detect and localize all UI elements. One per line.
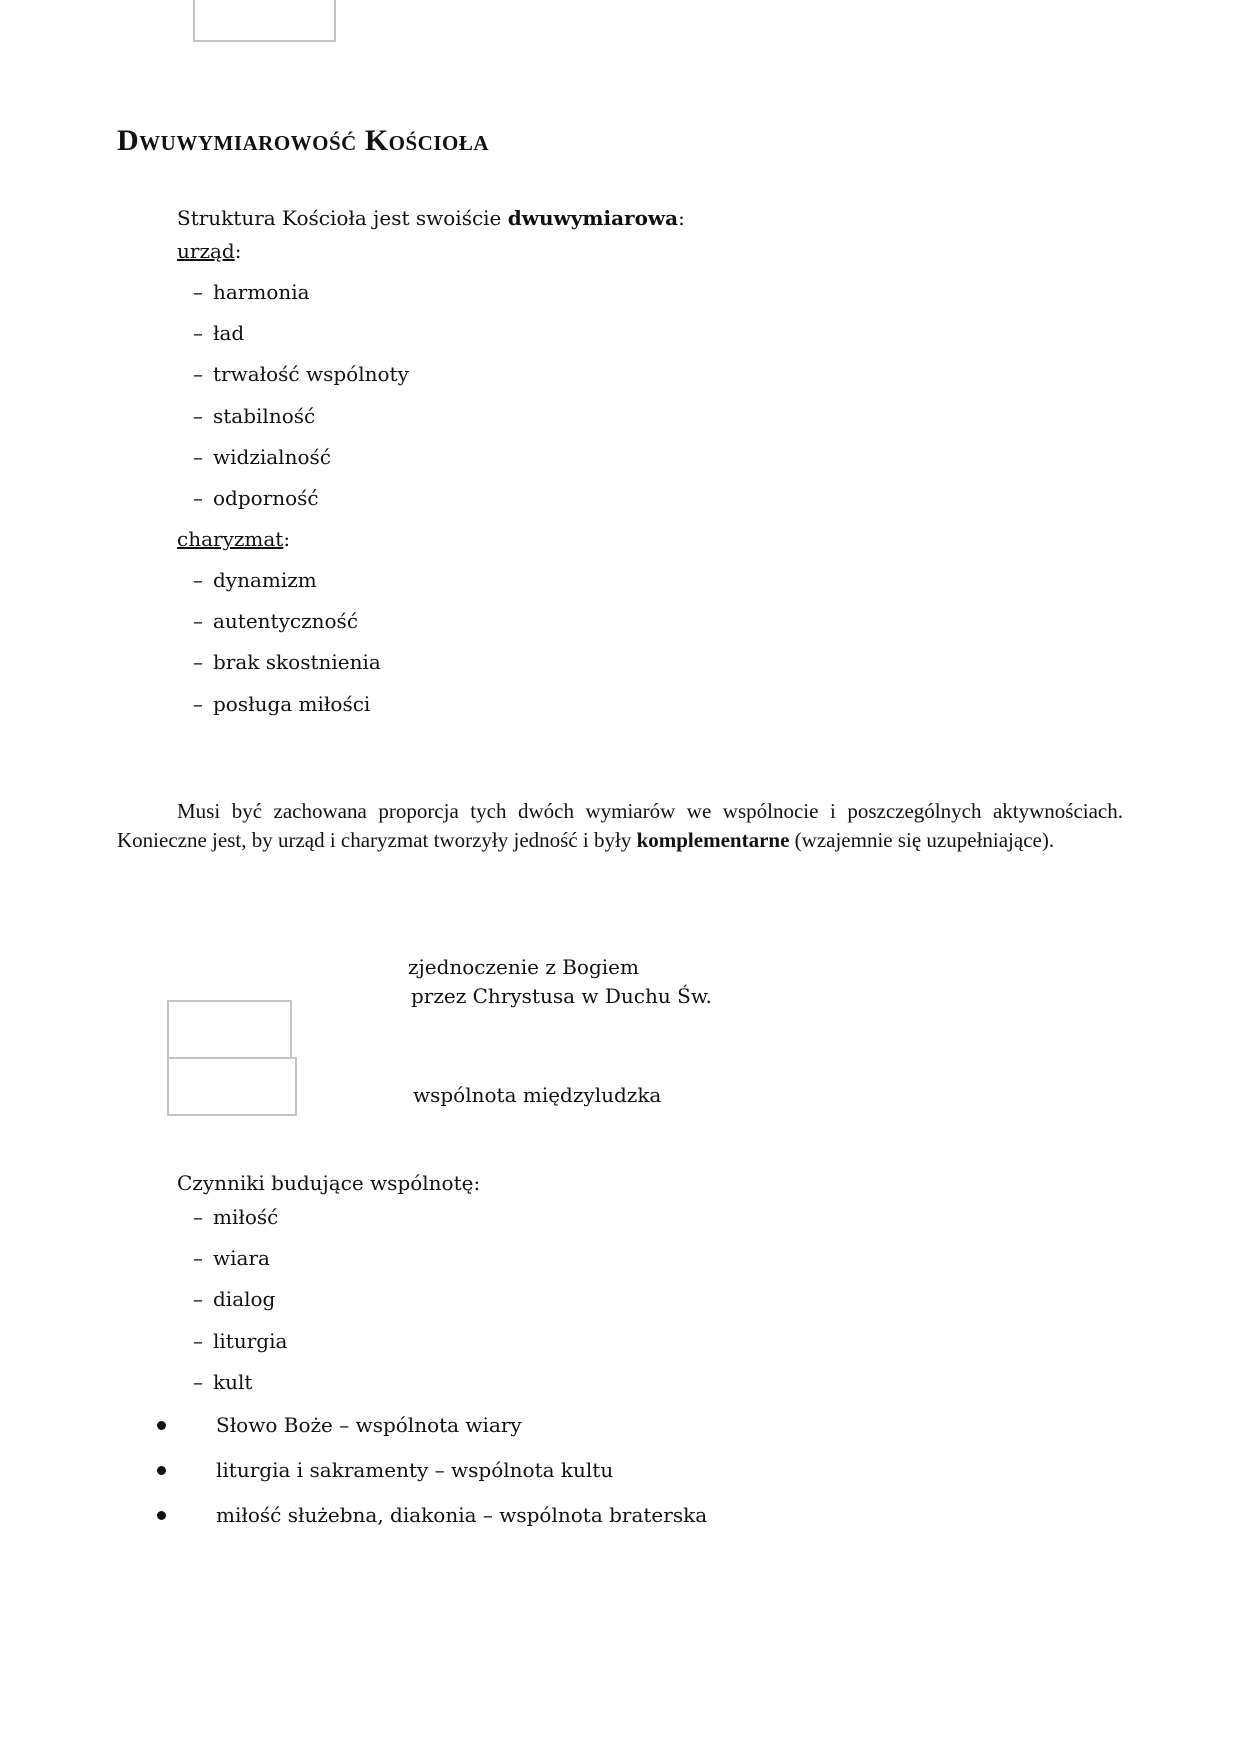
dash-icon: –	[193, 650, 213, 674]
section-heading-charyzmat: charyzmat:	[177, 527, 290, 551]
factors-heading: Czynniki budujące wspólnotę:	[177, 1171, 480, 1195]
section-heading-text: charyzmat	[177, 527, 283, 551]
list-item-text: odporność	[213, 486, 319, 510]
dash-icon: –	[193, 486, 213, 510]
intro-text: Struktura Kościoła jest swoiście	[177, 206, 508, 230]
list-item-text: trwałość wspólnoty	[213, 362, 409, 386]
list-item-text: dialog	[213, 1287, 275, 1311]
image-placeholder-top	[193, 0, 336, 42]
bullet-item: Słowo Boże – wspólnota wiary	[216, 1413, 522, 1437]
dash-icon: –	[193, 1287, 213, 1311]
list-item: –kult	[193, 1370, 252, 1394]
dash-icon: –	[193, 445, 213, 469]
paragraph-suffix: (wzajemnie się uzupełniające).	[789, 828, 1054, 852]
list-item: –wiara	[193, 1246, 270, 1270]
list-item: –brak skostnienia	[193, 650, 381, 674]
list-item: –dialog	[193, 1287, 275, 1311]
paragraph-bold: komplementarne	[637, 828, 790, 852]
list-item: –posługa miłości	[193, 692, 370, 716]
section-heading-text: urząd	[177, 239, 235, 263]
section-heading-suffix: :	[235, 239, 242, 263]
section-heading-suffix: :	[283, 527, 290, 551]
intro-line: Struktura Kościoła jest swoiście dwuwymi…	[177, 206, 685, 230]
section-heading-urzad: urząd:	[177, 239, 241, 263]
bullet-item: liturgia i sakramenty – wspólnota kultu	[216, 1458, 613, 1482]
dash-icon: –	[193, 1205, 213, 1229]
dash-icon: –	[193, 1246, 213, 1270]
list-item-text: miłość	[213, 1205, 278, 1229]
list-item-text: posługa miłości	[213, 692, 370, 716]
list-item: –liturgia	[193, 1329, 287, 1353]
intro-suffix: :	[678, 206, 685, 230]
dash-icon: –	[193, 1370, 213, 1394]
bullet-item: miłość służebna, diakonia – wspólnota br…	[216, 1503, 707, 1527]
diagram-box-lower	[167, 1057, 297, 1116]
list-item-text: widzialność	[213, 445, 331, 469]
list-item: –harmonia	[193, 280, 310, 304]
list-item: –odporność	[193, 486, 319, 510]
dash-icon: –	[193, 692, 213, 716]
dash-icon: –	[193, 1329, 213, 1353]
dash-icon: –	[193, 568, 213, 592]
dash-icon: –	[193, 362, 213, 386]
list-item: –ład	[193, 321, 244, 345]
list-item-text: dynamizm	[213, 568, 317, 592]
bullet-icon	[157, 1466, 166, 1475]
list-item-text: autentyczność	[213, 609, 358, 633]
list-item: –dynamizm	[193, 568, 317, 592]
list-item-text: liturgia	[213, 1329, 287, 1353]
list-item-text: wiara	[213, 1246, 270, 1270]
list-item-text: ład	[213, 321, 244, 345]
dash-icon: –	[193, 280, 213, 304]
bullet-icon	[157, 1421, 166, 1430]
dash-icon: –	[193, 609, 213, 633]
document-title: Dwuwymiarowość Kościoła	[117, 124, 489, 158]
diagram-label-upper-2: przez Chrystusa w Duchu Św.	[411, 984, 712, 1008]
list-item: –autentyczność	[193, 609, 358, 633]
list-item: –stabilność	[193, 404, 315, 428]
body-paragraph: Musi być zachowana proporcja tych dwóch …	[117, 797, 1123, 855]
dash-icon: –	[193, 404, 213, 428]
list-item-text: harmonia	[213, 280, 310, 304]
list-item-text: brak skostnienia	[213, 650, 381, 674]
list-item: –trwałość wspólnoty	[193, 362, 409, 386]
diagram-label-lower: wspólnota międzyludzka	[413, 1083, 661, 1107]
list-item-text: kult	[213, 1370, 252, 1394]
list-item: –widzialność	[193, 445, 331, 469]
bullet-icon	[157, 1511, 166, 1520]
diagram-box-upper	[167, 1000, 292, 1060]
intro-bold: dwuwymiarowa	[508, 206, 678, 230]
list-item: –miłość	[193, 1205, 278, 1229]
list-item-text: stabilność	[213, 404, 315, 428]
diagram-label-upper-1: zjednoczenie z Bogiem	[408, 955, 639, 979]
dash-icon: –	[193, 321, 213, 345]
